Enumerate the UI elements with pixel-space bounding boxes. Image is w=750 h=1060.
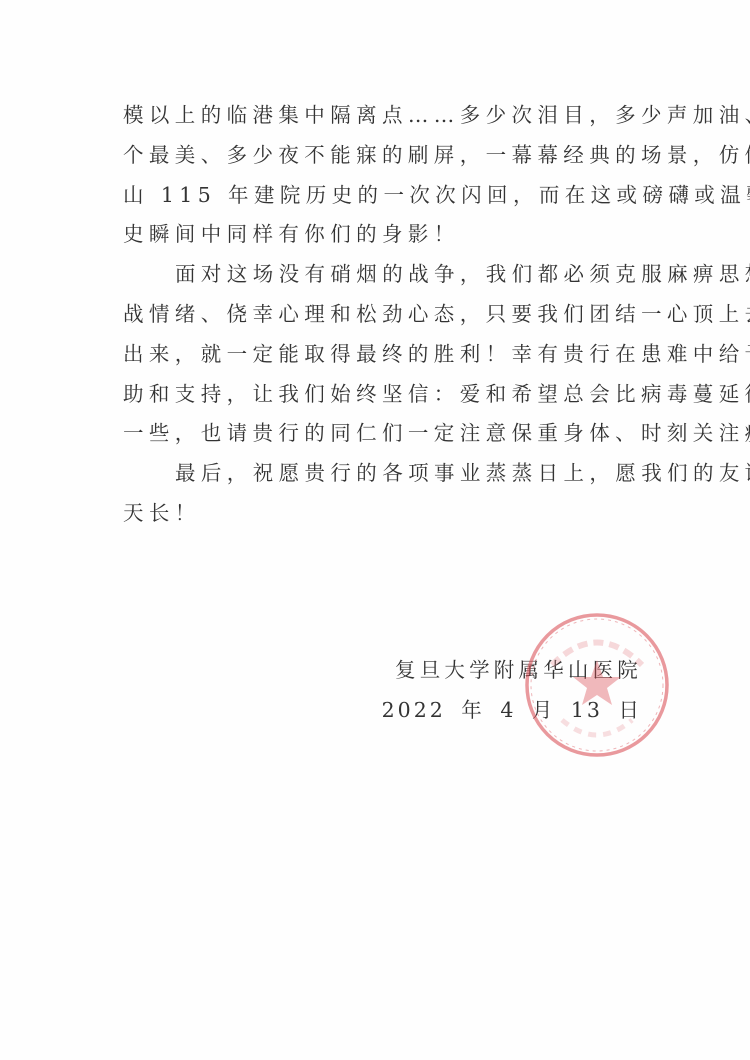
letter-body: 模以上的临港集中隔离点……多少次泪目，多少声加油、多少 个最美、多少夜不能寐的刷… (123, 96, 645, 534)
text-line: 战情绪、侥幸心理和松劲心态，只要我们团结一心顶上去、豁 (123, 295, 645, 335)
text-line: 天长！ (123, 494, 645, 534)
text-line: 山 115 年建院历史的一次次闪回，而在这或磅礴或温馨的历 (123, 176, 645, 216)
signature-organization: 复旦大学附属华山医院 (395, 652, 642, 688)
signature-date: 2022 年 4 月 13 日 (382, 692, 642, 728)
text-line: 面对这场没有硝烟的战争，我们都必须克服麻痹思想、厌 (123, 255, 645, 295)
text-line: 模以上的临港集中隔离点……多少次泪目，多少声加油、多少 (123, 96, 645, 136)
text-line: 出来，就一定能取得最终的胜利！幸有贵行在患难中给予的帮 (123, 335, 645, 375)
text-line: 最后，祝愿贵行的各项事业蒸蒸日上，愿我们的友谊地久 (123, 454, 645, 494)
document-page: 模以上的临港集中隔离点……多少次泪目，多少声加油、多少 个最美、多少夜不能寐的刷… (0, 0, 750, 1060)
text-line: 一些，也请贵行的同仁们一定注意保重身体、时刻关注疫情。 (123, 414, 645, 454)
text-line: 个最美、多少夜不能寐的刷屏，一幕幕经典的场景，仿佛是华 (123, 136, 645, 176)
text-line: 助和支持，让我们始终坚信：爱和希望总会比病毒蔓延得更快 (123, 375, 645, 415)
text-line: 史瞬间中同样有你们的身影！ (123, 215, 645, 255)
